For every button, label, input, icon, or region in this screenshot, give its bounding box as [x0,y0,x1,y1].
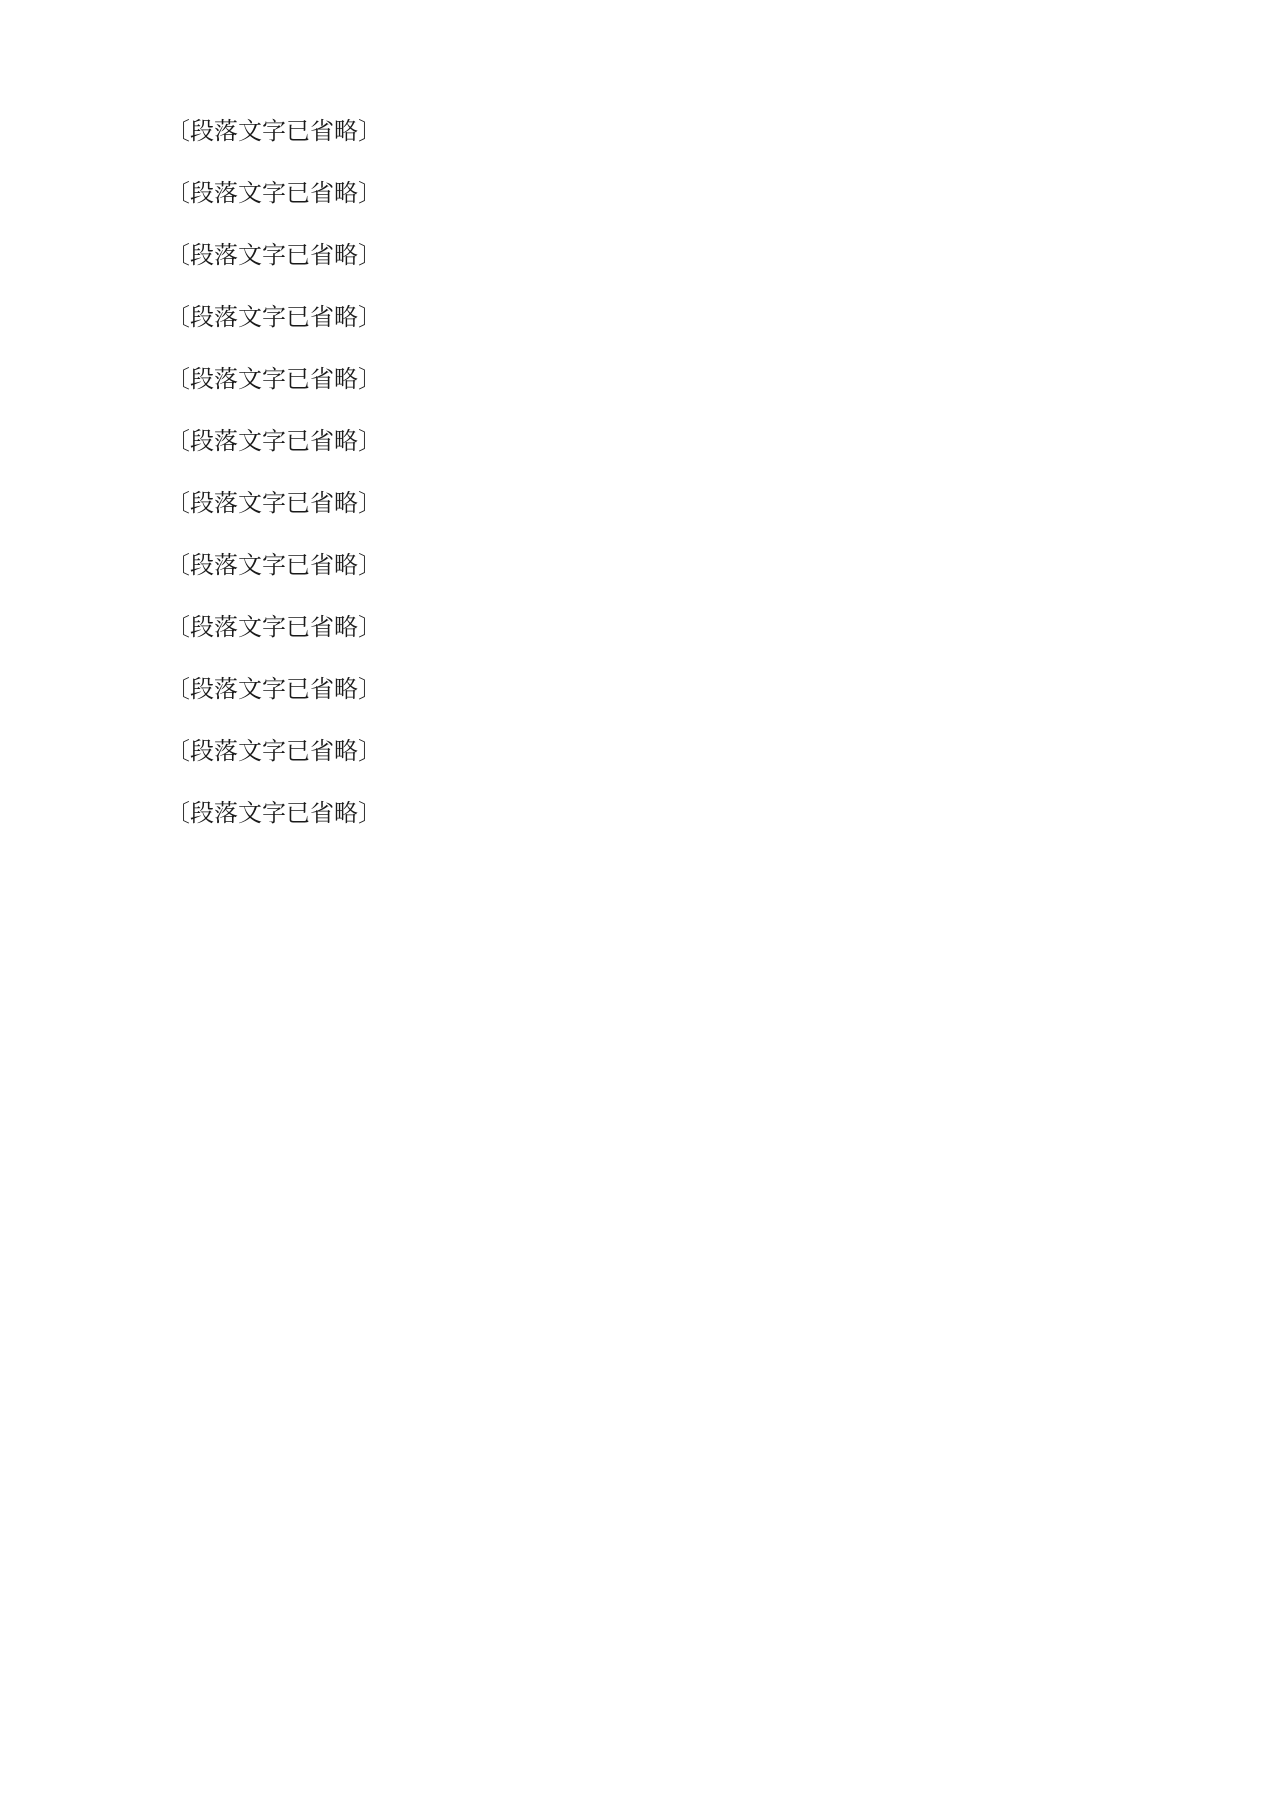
paragraph: 〔段落文字已省略〕 [118,174,1162,212]
paragraph: 〔段落文字已省略〕 [118,484,1162,522]
paragraph: 〔段落文字已省略〕 [118,670,1162,708]
paragraph: 〔段落文字已省略〕 [118,732,1162,770]
paragraph: 〔段落文字已省略〕 [118,298,1162,336]
paragraph: 〔段落文字已省略〕 [118,794,1162,832]
paragraph: 〔段落文字已省略〕 [118,546,1162,584]
paragraph: 〔段落文字已省略〕 [118,608,1162,646]
paragraph: 〔段落文字已省略〕 [118,236,1162,274]
document-page: 〔段落文字已省略〕〔段落文字已省略〕〔段落文字已省略〕〔段落文字已省略〕〔段落文… [0,0,1280,1808]
paragraph: 〔段落文字已省略〕 [118,422,1162,460]
paragraph: 〔段落文字已省略〕 [118,360,1162,398]
paragraph: 〔段落文字已省略〕 [118,112,1162,150]
